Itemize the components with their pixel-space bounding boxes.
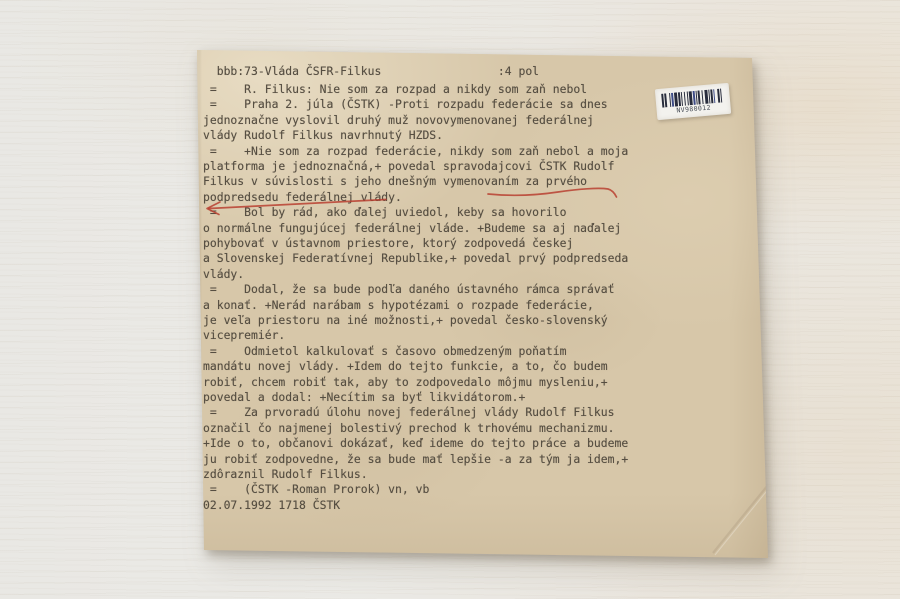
- paper-crease: [713, 485, 768, 553]
- text-line: zdôraznil Rudolf Filkus.: [203, 467, 628, 482]
- text-line: bbb:73-Vláda ČSFR-Filkus :4 pol: [203, 64, 628, 79]
- text-line: Filkus v súvislosti s jeho dnešným vymen…: [203, 174, 628, 189]
- text-line: vlády.: [203, 267, 628, 282]
- text-line: = Praha 2. júla (ČSTK) -Proti rozpadu fe…: [203, 97, 628, 112]
- paper-wrap: bbb:73-Vláda ČSFR-Filkus :4 pol = R. Fil…: [193, 44, 775, 566]
- text-line: platforma je jednoznačná,+ povedal sprav…: [203, 159, 628, 174]
- text-line: vicepremiér.: [203, 328, 628, 343]
- text-line: = (ČSTK -Roman Prorok) vn, vb: [203, 482, 628, 497]
- barcode-number: NV980012: [676, 104, 711, 114]
- text-line: ju robiť zodpovedne, že sa bude mať lepš…: [203, 452, 628, 467]
- text-line: a Slovenskej Federatívnej Republike,+ po…: [203, 251, 628, 266]
- text-line: = Odmietol kalkulovať s časovo obmedzený…: [203, 344, 628, 359]
- text-line: 02.07.1992 1718 ČSTK: [203, 498, 628, 513]
- desk-photo: { "document": { "kind_visible_header": "…: [0, 0, 900, 599]
- text-line: = R. Filkus: Nie som za rozpad a nikdy s…: [203, 82, 628, 97]
- text-line: povedal a dodal: +Necítim sa byť likvidá…: [203, 390, 628, 405]
- text-line: vlády Rudolf Filkus navrhnutý HZDS.: [203, 128, 628, 143]
- text-line: o normálne fungujúcej federálnej vláde. …: [203, 221, 628, 236]
- text-line: robiť, chcem robiť tak, aby to zodpoveda…: [203, 375, 628, 390]
- text-line: a konať. +Nerád narábam s hypotézami o r…: [203, 298, 628, 313]
- text-line: = Dodal, že sa bude podľa daného ústavné…: [203, 282, 628, 297]
- text-line: pohybovať v ústavnom priestore, ktorý zo…: [203, 236, 628, 251]
- barcode-sticker: NV980012: [655, 83, 731, 120]
- text-line: jednoznačne vyslovil druhý muž novovymen…: [203, 113, 628, 128]
- text-line: = Bol by rád, ako ďalej uviedol, keby sa…: [203, 205, 628, 220]
- text-line: mandátu novej vlády. +Idem do tejto funk…: [203, 359, 628, 374]
- document-text: bbb:73-Vláda ČSFR-Filkus :4 pol = R. Fil…: [203, 64, 628, 513]
- text-line: označil čo najmenej bolestivý prechod k …: [203, 421, 628, 436]
- text-line: je veľa priestoru na iné možnosti,+ pove…: [203, 313, 628, 328]
- document-paper: bbb:73-Vláda ČSFR-Filkus :4 pol = R. Fil…: [193, 44, 775, 566]
- text-line: +Ide o to, občanovi dokázať, keď ideme d…: [203, 436, 628, 451]
- paper-crease-highlight: [715, 487, 770, 555]
- text-line: podpredsedu federálnej vlády.: [203, 190, 628, 205]
- text-line: = Za prvoradú úlohu novej federálnej vlá…: [203, 405, 628, 420]
- text-line: = +Nie som za rozpad federácie, nikdy so…: [203, 144, 628, 159]
